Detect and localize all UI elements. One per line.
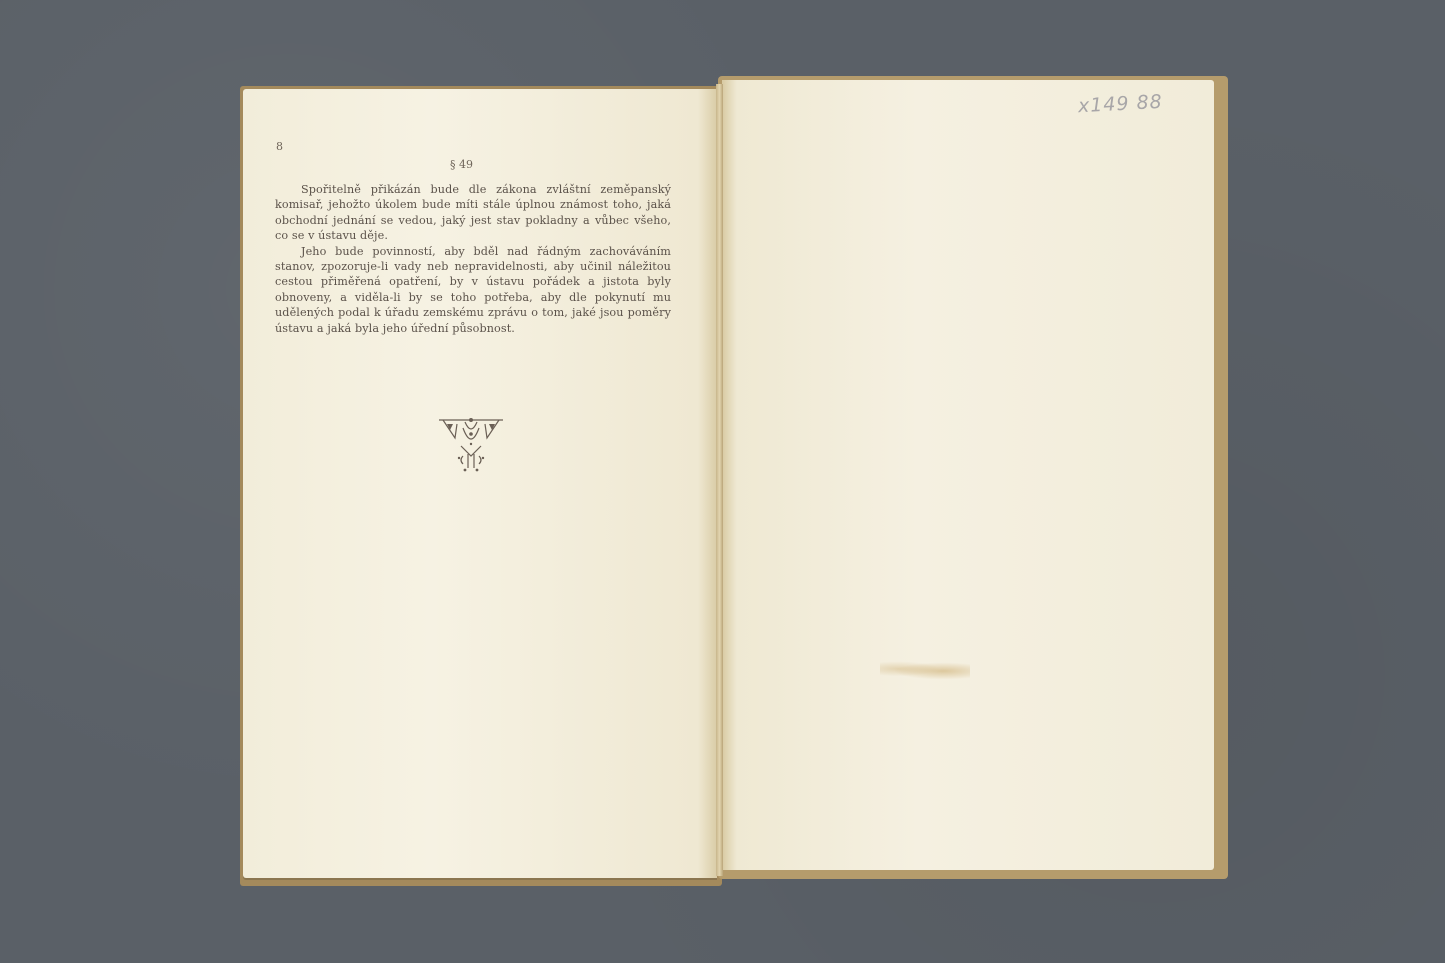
open-book: 8 § 49 Spořitelně přikázán bude dle záko…	[0, 0, 1445, 963]
right-page	[722, 80, 1214, 870]
body-text: Spořitelně přikázán bude dle zákona zvlá…	[275, 182, 671, 336]
handwritten-note: x149 88	[1077, 91, 1163, 117]
paper-stain	[880, 660, 970, 682]
book-gutter	[716, 84, 723, 876]
paragraph: Jeho bude povinností, aby bděl nad řádný…	[275, 244, 671, 336]
page-number: 8	[276, 140, 283, 153]
ornament-icon	[437, 416, 505, 474]
paragraph: Spořitelně přikázán bude dle zákona zvlá…	[275, 182, 671, 244]
section-heading: § 49	[450, 158, 473, 171]
